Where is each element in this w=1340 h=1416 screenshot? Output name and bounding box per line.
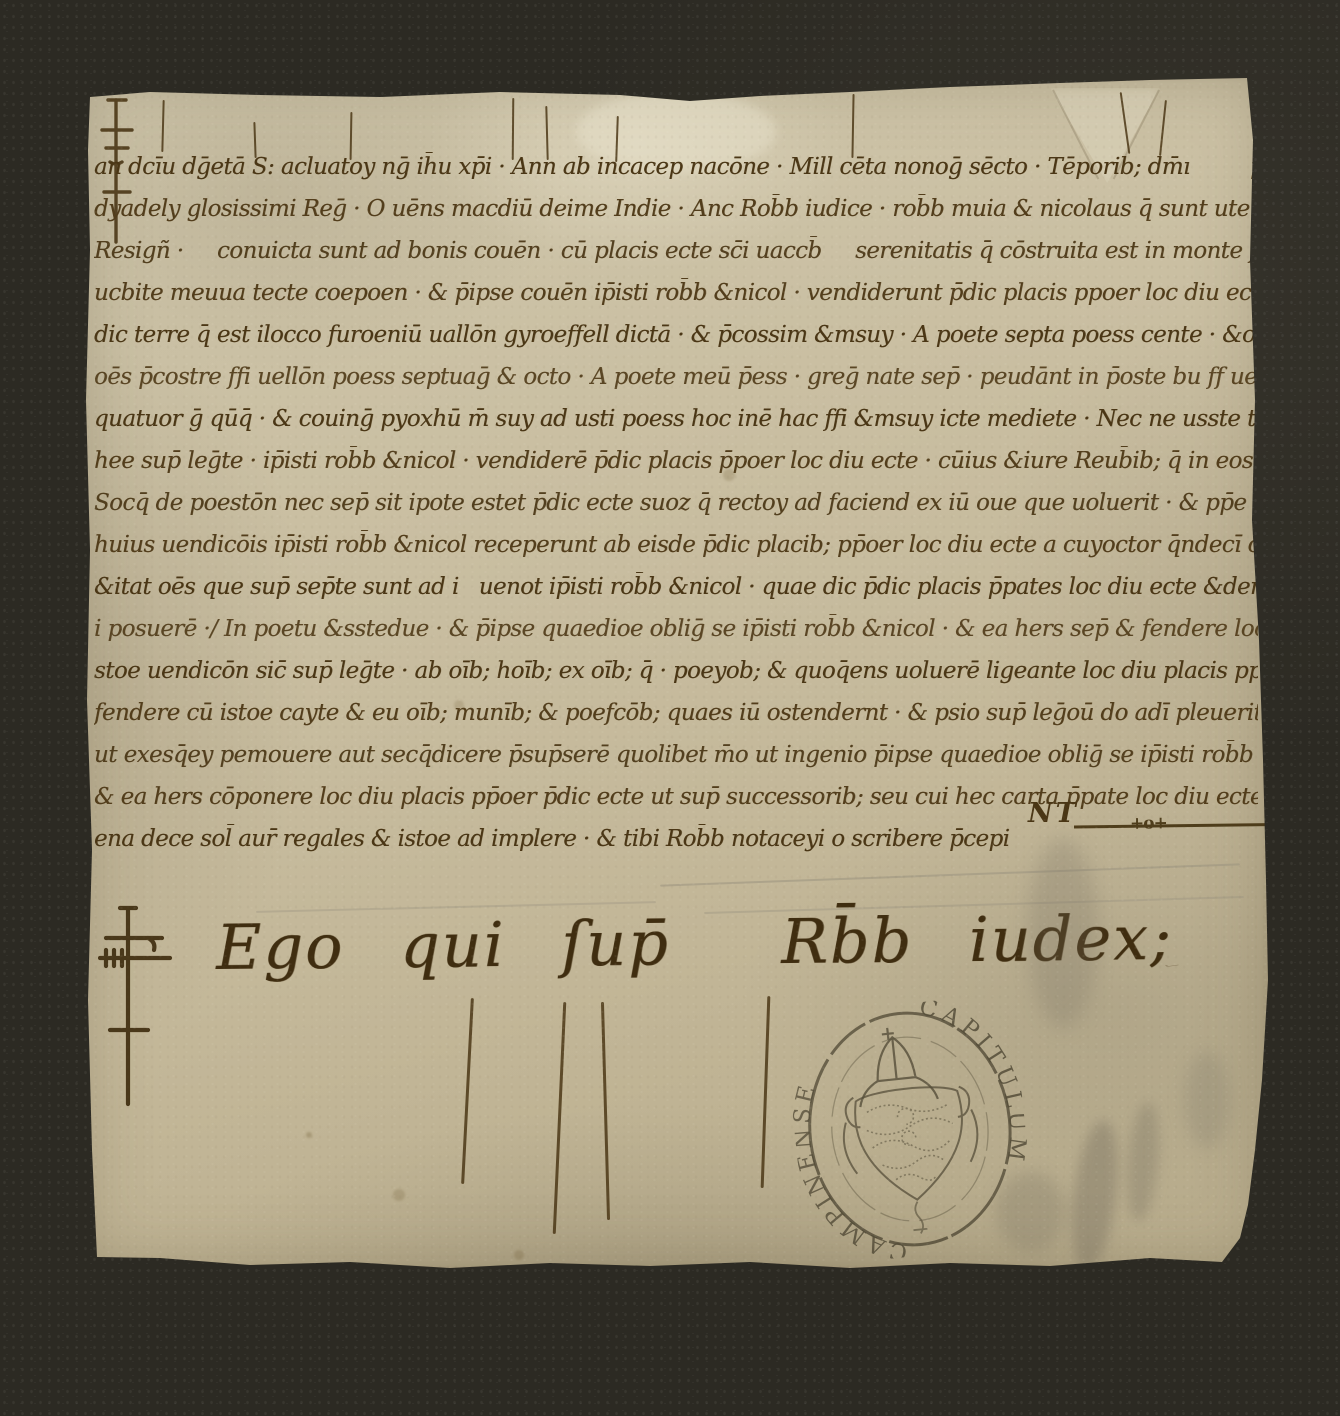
closing-mark: NT: [1028, 798, 1079, 829]
descender-stroke: [601, 1002, 610, 1220]
manuscript-line: & ea hers cōponere loc diu placis pp̄oer…: [94, 776, 1258, 818]
manuscript-line: ena dece sol̄ aur̄ regales & istoe ad im…: [94, 818, 1258, 860]
manuscript-line: ucbite meuua tecte coepoen · & p̄ipse co…: [94, 272, 1258, 314]
manuscript-line: Socq̄ de poestōn nec sep̄ sit ipote este…: [94, 482, 1258, 524]
manuscript-text-block: an dcīu dḡetā S: acluatoy nḡ ih̄u xp̄i ·…: [94, 146, 1258, 876]
manuscript-line: huius uendicōis ip̄isti rob̄b &nicol rec…: [94, 524, 1258, 566]
descender-stroke: [761, 996, 770, 1188]
manuscript-line: dic terre q̄ est ilocco furoeniū uallōn …: [94, 314, 1258, 356]
descender-stroke: [553, 1002, 566, 1234]
manuscript-line: an dcīu dḡetā S: acluatoy nḡ ih̄u xp̄i ·…: [94, 146, 1258, 188]
signature-flourish-icon: [1024, 964, 1320, 968]
age-spots: [306, 1132, 312, 1138]
manuscript-line: dyadely glosissimi Reḡ · O uēns macdiū d…: [94, 188, 1258, 230]
signature-text: Ego qui ſup̄ Rb̄b iudex;: [216, 901, 1174, 984]
photo-backdrop: { "scene": { "backdrop_color": "#2c2a23"…: [0, 0, 1340, 1416]
manuscript-line: &itat oēs que sup̄ sep̄te sunt ad i ueno…: [94, 566, 1258, 608]
chapter-seal-stamp: CAPITULUM CAMPINENSE: [782, 993, 1037, 1268]
closing-rule-mark: +o+: [1282, 812, 1319, 832]
closing-rule-mark: +o+: [1130, 813, 1167, 833]
manuscript-line: oēs p̄costre ffi uellōn poess septuaḡ & …: [94, 356, 1258, 398]
seal-engraving-texture: [864, 1099, 958, 1187]
descender-stroke: [461, 998, 473, 1184]
ascender-stroke: [161, 100, 164, 152]
manuscript-line: ut exesq̄ey pemouere aut secq̄dicere p̄s…: [94, 734, 1258, 776]
signature-cross-icon: [98, 900, 178, 1116]
parchment-sheet: an dcīu dḡetā S: acluatoy nḡ ih̄u xp̄i ·…: [76, 72, 1272, 1272]
seal-tassel-icon: [911, 1201, 928, 1234]
manuscript-line: stoe uendicōn sic̄ sup̄ leḡte · ab oīb; …: [94, 650, 1258, 692]
water-stain: [1123, 1101, 1163, 1223]
manuscript-line: fendere cū istoe cayte & eu oīb; munīb; …: [94, 692, 1258, 734]
manuscript-line: Resigñ · conuicta sunt ad bonis couēn · …: [94, 230, 1258, 272]
manuscript-line: hee sup̄ leḡte · ip̄isti rob̄b &nicol · …: [94, 440, 1258, 482]
manuscript-line: i posuerē ·/ In poetu &sstedue · & p̄ips…: [94, 608, 1258, 650]
manuscript-line: quatuor ḡ qūq̄ · & couinḡ pyoxhū m̄ suy …: [94, 398, 1258, 440]
mitre-icon: [852, 1023, 938, 1107]
water-stain: [1184, 1052, 1230, 1148]
water-stain: [1065, 1118, 1125, 1272]
